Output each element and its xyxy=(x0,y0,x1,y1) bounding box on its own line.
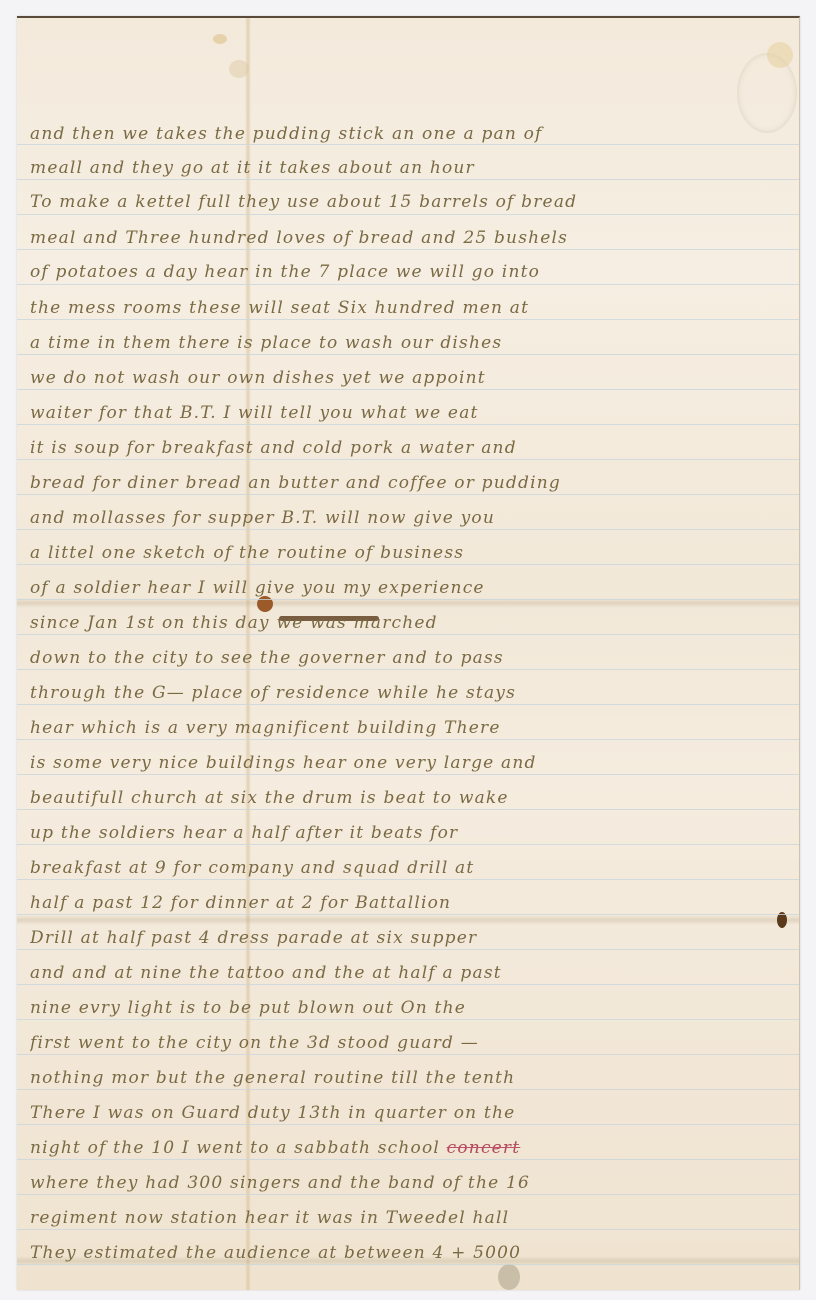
ruled-line xyxy=(17,249,799,250)
ruled-line xyxy=(17,984,799,985)
text-line: meal and Three hundred loves of bread an… xyxy=(30,228,804,248)
horizontal-fold-crease xyxy=(17,915,799,925)
text-line: down to the city to see the governer and… xyxy=(30,648,804,668)
ruled-line xyxy=(17,879,799,880)
ruled-line xyxy=(17,809,799,810)
ruled-line xyxy=(17,774,799,775)
text-line: it is soup for breakfast and cold pork a… xyxy=(30,438,804,458)
ruled-line xyxy=(17,1159,799,1160)
ruled-line xyxy=(17,144,799,145)
text-line: To make a kettel full they use about 15 … xyxy=(30,192,804,212)
ruled-line xyxy=(17,319,799,320)
text-line: Drill at half past 4 dress parade at six… xyxy=(30,928,804,948)
text-line: meall and they go at it it takes about a… xyxy=(30,158,804,178)
ruled-line xyxy=(17,1194,799,1195)
paper-hole xyxy=(498,1264,520,1290)
ruled-line xyxy=(17,704,799,705)
stain xyxy=(213,34,227,44)
line-text: night of the 10 I went to a sabbath scho… xyxy=(30,1138,440,1158)
ruled-line xyxy=(17,459,799,460)
ruled-line xyxy=(17,179,799,180)
text-line: up the soldiers hear a half after it bea… xyxy=(30,823,804,843)
text-line: bread for diner bread an butter and coff… xyxy=(30,473,804,493)
text-line: of a soldier hear I will give you my exp… xyxy=(30,578,804,598)
ruled-line xyxy=(17,949,799,950)
ruled-line xyxy=(17,844,799,845)
ruled-line xyxy=(17,1124,799,1125)
text-line: nothing mor but the general routine till… xyxy=(30,1068,804,1088)
text-line: and mollasses for supper B.T. will now g… xyxy=(30,508,804,528)
ruled-line xyxy=(17,214,799,215)
ruled-line xyxy=(17,1019,799,1020)
text-line: night of the 10 I went to a sabbath scho… xyxy=(30,1138,804,1158)
ruled-line xyxy=(17,389,799,390)
text-line: and and at nine the tattoo and the at ha… xyxy=(30,963,804,983)
text-line: nine evry light is to be put blown out O… xyxy=(30,998,804,1018)
ruled-line xyxy=(17,1089,799,1090)
ruled-line xyxy=(17,669,799,670)
text-line: a time in them there is place to wash ou… xyxy=(30,333,804,353)
text-line: waiter for that B.T. I will tell you wha… xyxy=(30,403,804,423)
text-line: where they had 300 singers and the band … xyxy=(30,1173,804,1193)
text-line: half a past 12 for dinner at 2 for Batta… xyxy=(30,893,804,913)
text-line: is some very nice buildings hear one ver… xyxy=(30,753,804,773)
text-line: first went to the city on the 3d stood g… xyxy=(30,1033,804,1053)
text-line: They estimated the audience at between 4… xyxy=(30,1243,804,1263)
ruled-line xyxy=(17,634,799,635)
text-line: beautifull church at six the drum is bea… xyxy=(30,788,804,808)
text-line: and then we takes the pudding stick an o… xyxy=(30,124,804,144)
ruled-line xyxy=(17,284,799,285)
struck-word: concert xyxy=(447,1138,521,1158)
text-line: breakfast at 9 for company and squad dri… xyxy=(30,858,804,878)
text-line: There I was on Guard duty 13th in quarte… xyxy=(30,1103,804,1123)
ruled-line xyxy=(17,529,799,530)
text-line: through the G— place of residence while … xyxy=(30,683,804,703)
text-line: of potatoes a day hear in the 7 place we… xyxy=(30,262,804,282)
ruled-line xyxy=(17,564,799,565)
text-line: hear which is a very magnificent buildin… xyxy=(30,718,804,738)
text-line: we do not wash our own dishes yet we app… xyxy=(30,368,804,388)
ruled-line xyxy=(17,424,799,425)
text-line: since Jan 1st on this day we was marched xyxy=(30,613,804,633)
text-line: a littel one sketch of the routine of bu… xyxy=(30,543,804,563)
text-line: regiment now station hear it was in Twee… xyxy=(30,1208,804,1228)
text-line: the mess rooms these will seat Six hundr… xyxy=(30,298,804,318)
stain xyxy=(767,42,793,68)
ruled-line xyxy=(17,354,799,355)
ruled-line xyxy=(17,1264,799,1265)
stain xyxy=(229,60,249,78)
ruled-line xyxy=(17,494,799,495)
ruled-line xyxy=(17,1229,799,1230)
ruled-line xyxy=(17,1054,799,1055)
ruled-line xyxy=(17,739,799,740)
ruled-line xyxy=(17,914,799,915)
ruled-line xyxy=(17,599,799,600)
